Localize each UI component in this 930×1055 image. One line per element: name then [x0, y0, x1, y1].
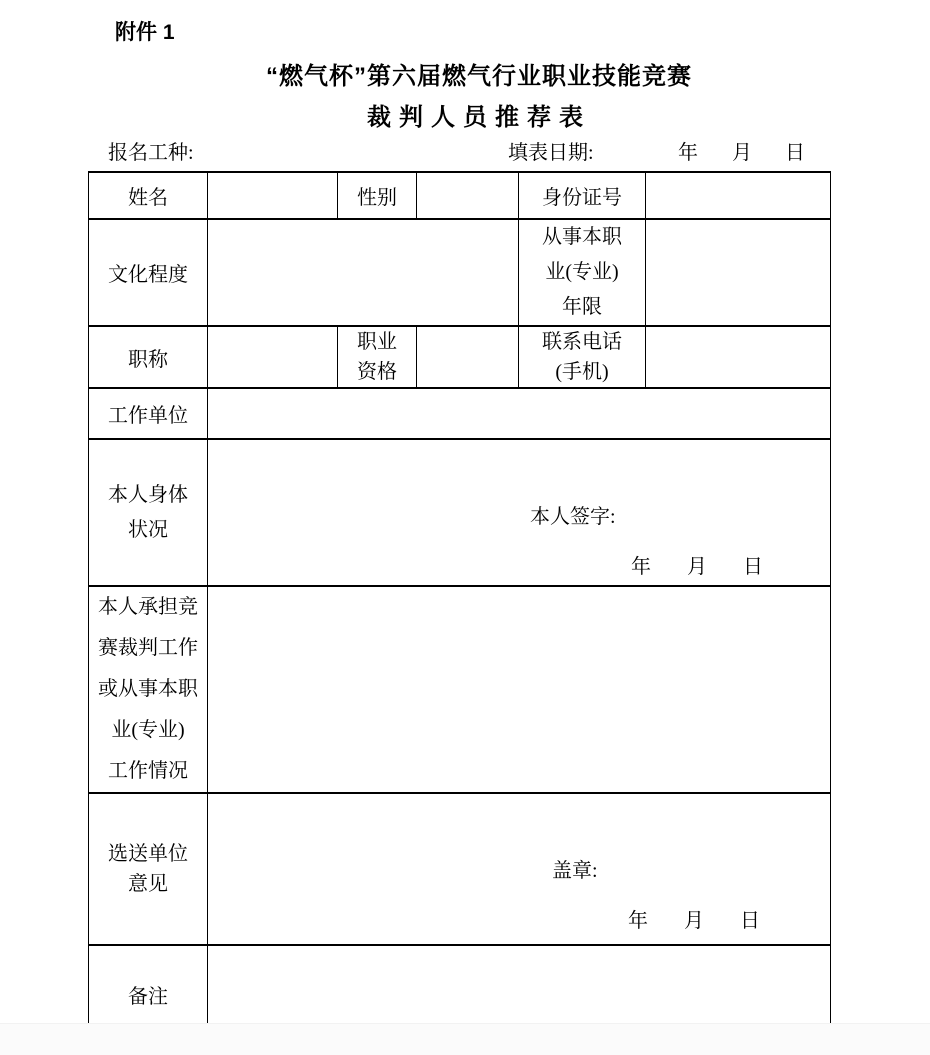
gender-label-cell: 性别: [338, 172, 417, 219]
row-health: 本人身体 状况 本人签字: 年 月 日: [89, 439, 831, 586]
viewport-bottom-edge: [0, 1023, 930, 1055]
row-unit-opinion: 选送单位 意见 盖章: 年 月 日: [89, 793, 831, 945]
job-title-value-cell: [208, 326, 338, 388]
experience-label-cell: 本人承担竞 赛裁判工作 或从事本职 业(专业) 工作情况: [89, 586, 208, 793]
row-education: 文化程度 从事本职 业(专业) 年限: [89, 219, 831, 326]
unit-opinion-label-cell: 选送单位 意见: [89, 793, 208, 945]
experience-value-cell: [208, 586, 831, 793]
phone-value-cell: [646, 326, 831, 388]
job-title-label-cell: 职称: [89, 326, 208, 388]
work-unit-value-cell: [208, 388, 831, 439]
phone-label-cell: 联系电话 (手机): [519, 326, 646, 388]
row-experience: 本人承担竞 赛裁判工作 或从事本职 业(专业) 工作情况: [89, 586, 831, 793]
qualification-value-cell: [417, 326, 519, 388]
work-unit-label-cell: 工作单位: [89, 388, 208, 439]
day-placeholder: 日: [740, 904, 760, 933]
document-title: “燃气杯”第六届燃气行业职业技能竞赛: [28, 56, 930, 91]
trade-label: 报名工种:: [108, 136, 194, 165]
recommendation-form-table: 姓名 性别 身份证号 文化程度 从事本职 业(专业) 年限 职称 职业 资格 联…: [88, 171, 831, 1045]
year-placeholder: 年: [628, 904, 648, 933]
years-in-profession-value-cell: [646, 219, 831, 326]
row-name: 姓名 性别 身份证号: [89, 172, 831, 219]
row-work-unit: 工作单位: [89, 388, 831, 439]
month-placeholder: 月: [684, 904, 704, 933]
health-value-cell: 本人签字: 年 月 日: [208, 439, 831, 586]
year-placeholder: 年: [631, 550, 651, 579]
row-job-title: 职称 职业 资格 联系电话 (手机): [89, 326, 831, 388]
fill-date-label: 填表日期:: [508, 136, 594, 165]
day-placeholder: 日: [785, 136, 805, 165]
document-subtitle: 裁判人员推荐表: [28, 97, 930, 132]
education-value-cell: [208, 219, 519, 326]
id-number-label-cell: 身份证号: [519, 172, 646, 219]
years-in-profession-label-cell: 从事本职 业(专业) 年限: [519, 219, 646, 326]
id-number-value-cell: [646, 172, 831, 219]
year-placeholder: 年: [678, 136, 698, 165]
document-page: 附件 1 “燃气杯”第六届燃气行业职业技能竞赛 裁判人员推荐表 报名工种: 填表…: [0, 0, 930, 1055]
signature-label: 本人签字:: [530, 500, 616, 529]
qualification-label-cell: 职业 资格: [338, 326, 417, 388]
education-label-cell: 文化程度: [89, 219, 208, 326]
name-label-cell: 姓名: [89, 172, 208, 219]
seal-label: 盖章:: [552, 854, 598, 883]
name-value-cell: [208, 172, 338, 219]
gender-value-cell: [417, 172, 519, 219]
month-placeholder: 月: [687, 550, 707, 579]
signature-dateline: 年 月 日: [631, 550, 763, 579]
day-placeholder: 日: [743, 550, 763, 579]
seal-dateline: 年 月 日: [628, 904, 760, 933]
attachment-label: 附件 1: [115, 16, 175, 46]
health-label-cell: 本人身体 状况: [89, 439, 208, 586]
form-meta-row: 报名工种: 填表日期: 年 月 日: [0, 136, 930, 170]
month-placeholder: 月: [732, 136, 752, 165]
unit-opinion-value-cell: 盖章: 年 月 日: [208, 793, 831, 945]
